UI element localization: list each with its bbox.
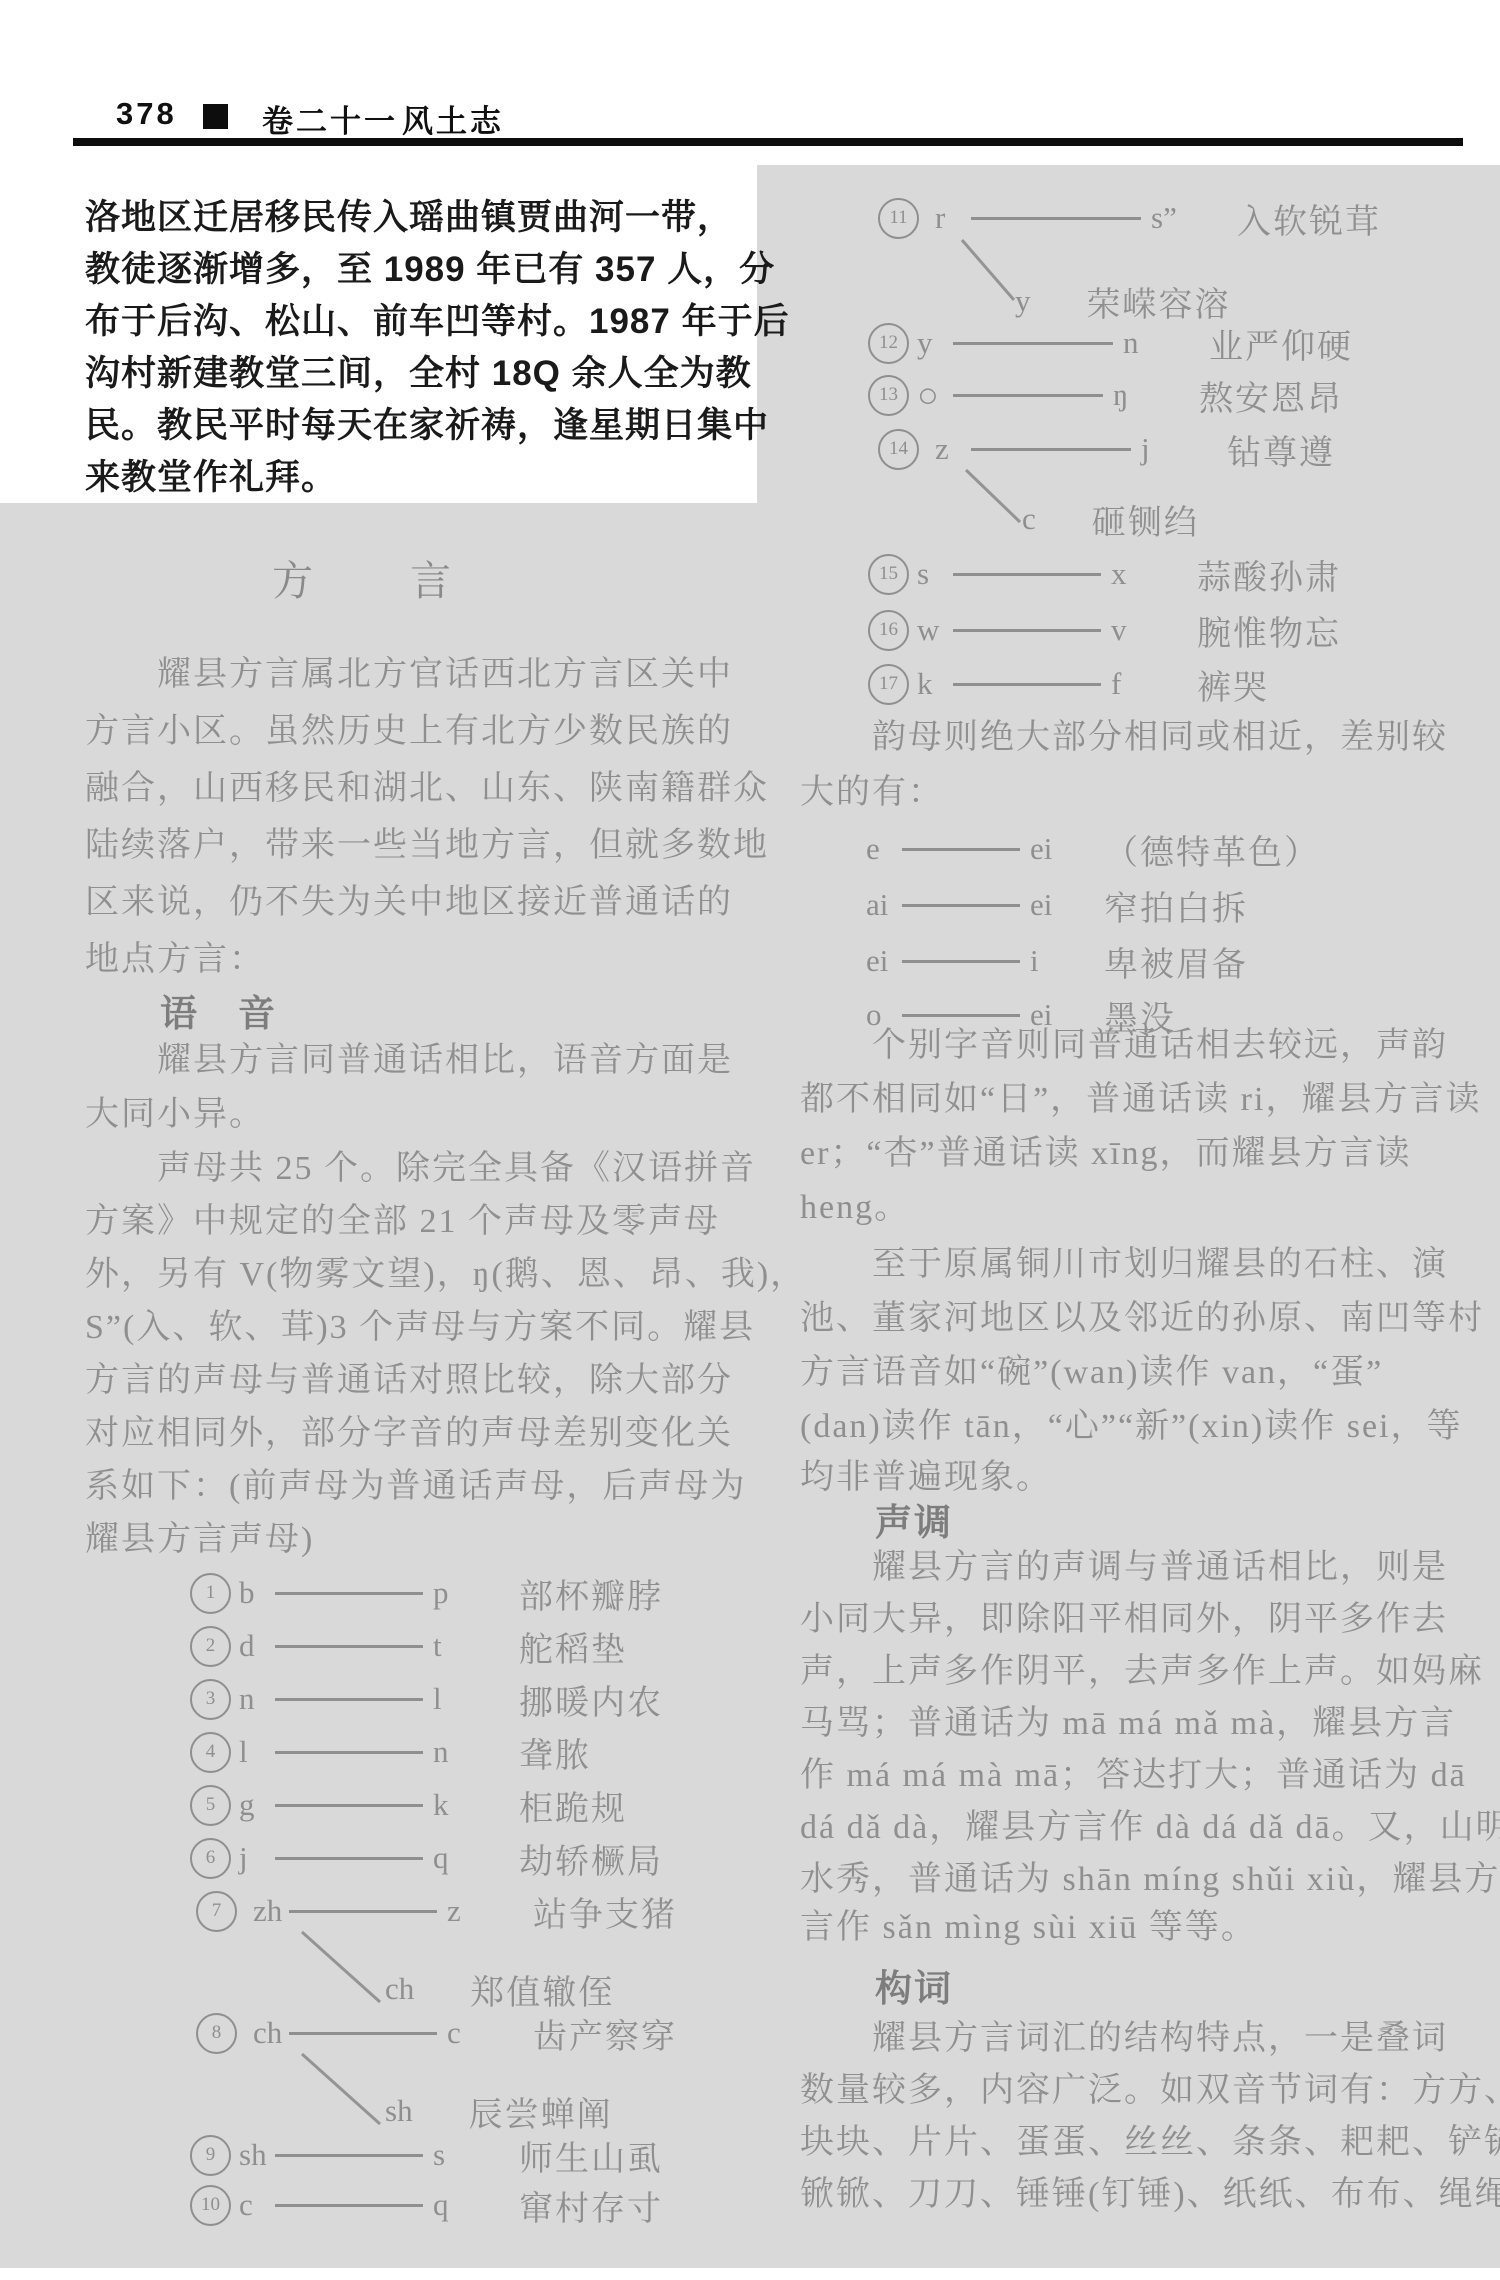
scanned-book-page: 378 卷二十一 风土志 洛地区迁居移民传入瑶曲镇贾曲河一带， 教徒逐渐增多，至… [0,0,1500,2280]
connector-lines [0,0,1500,2280]
